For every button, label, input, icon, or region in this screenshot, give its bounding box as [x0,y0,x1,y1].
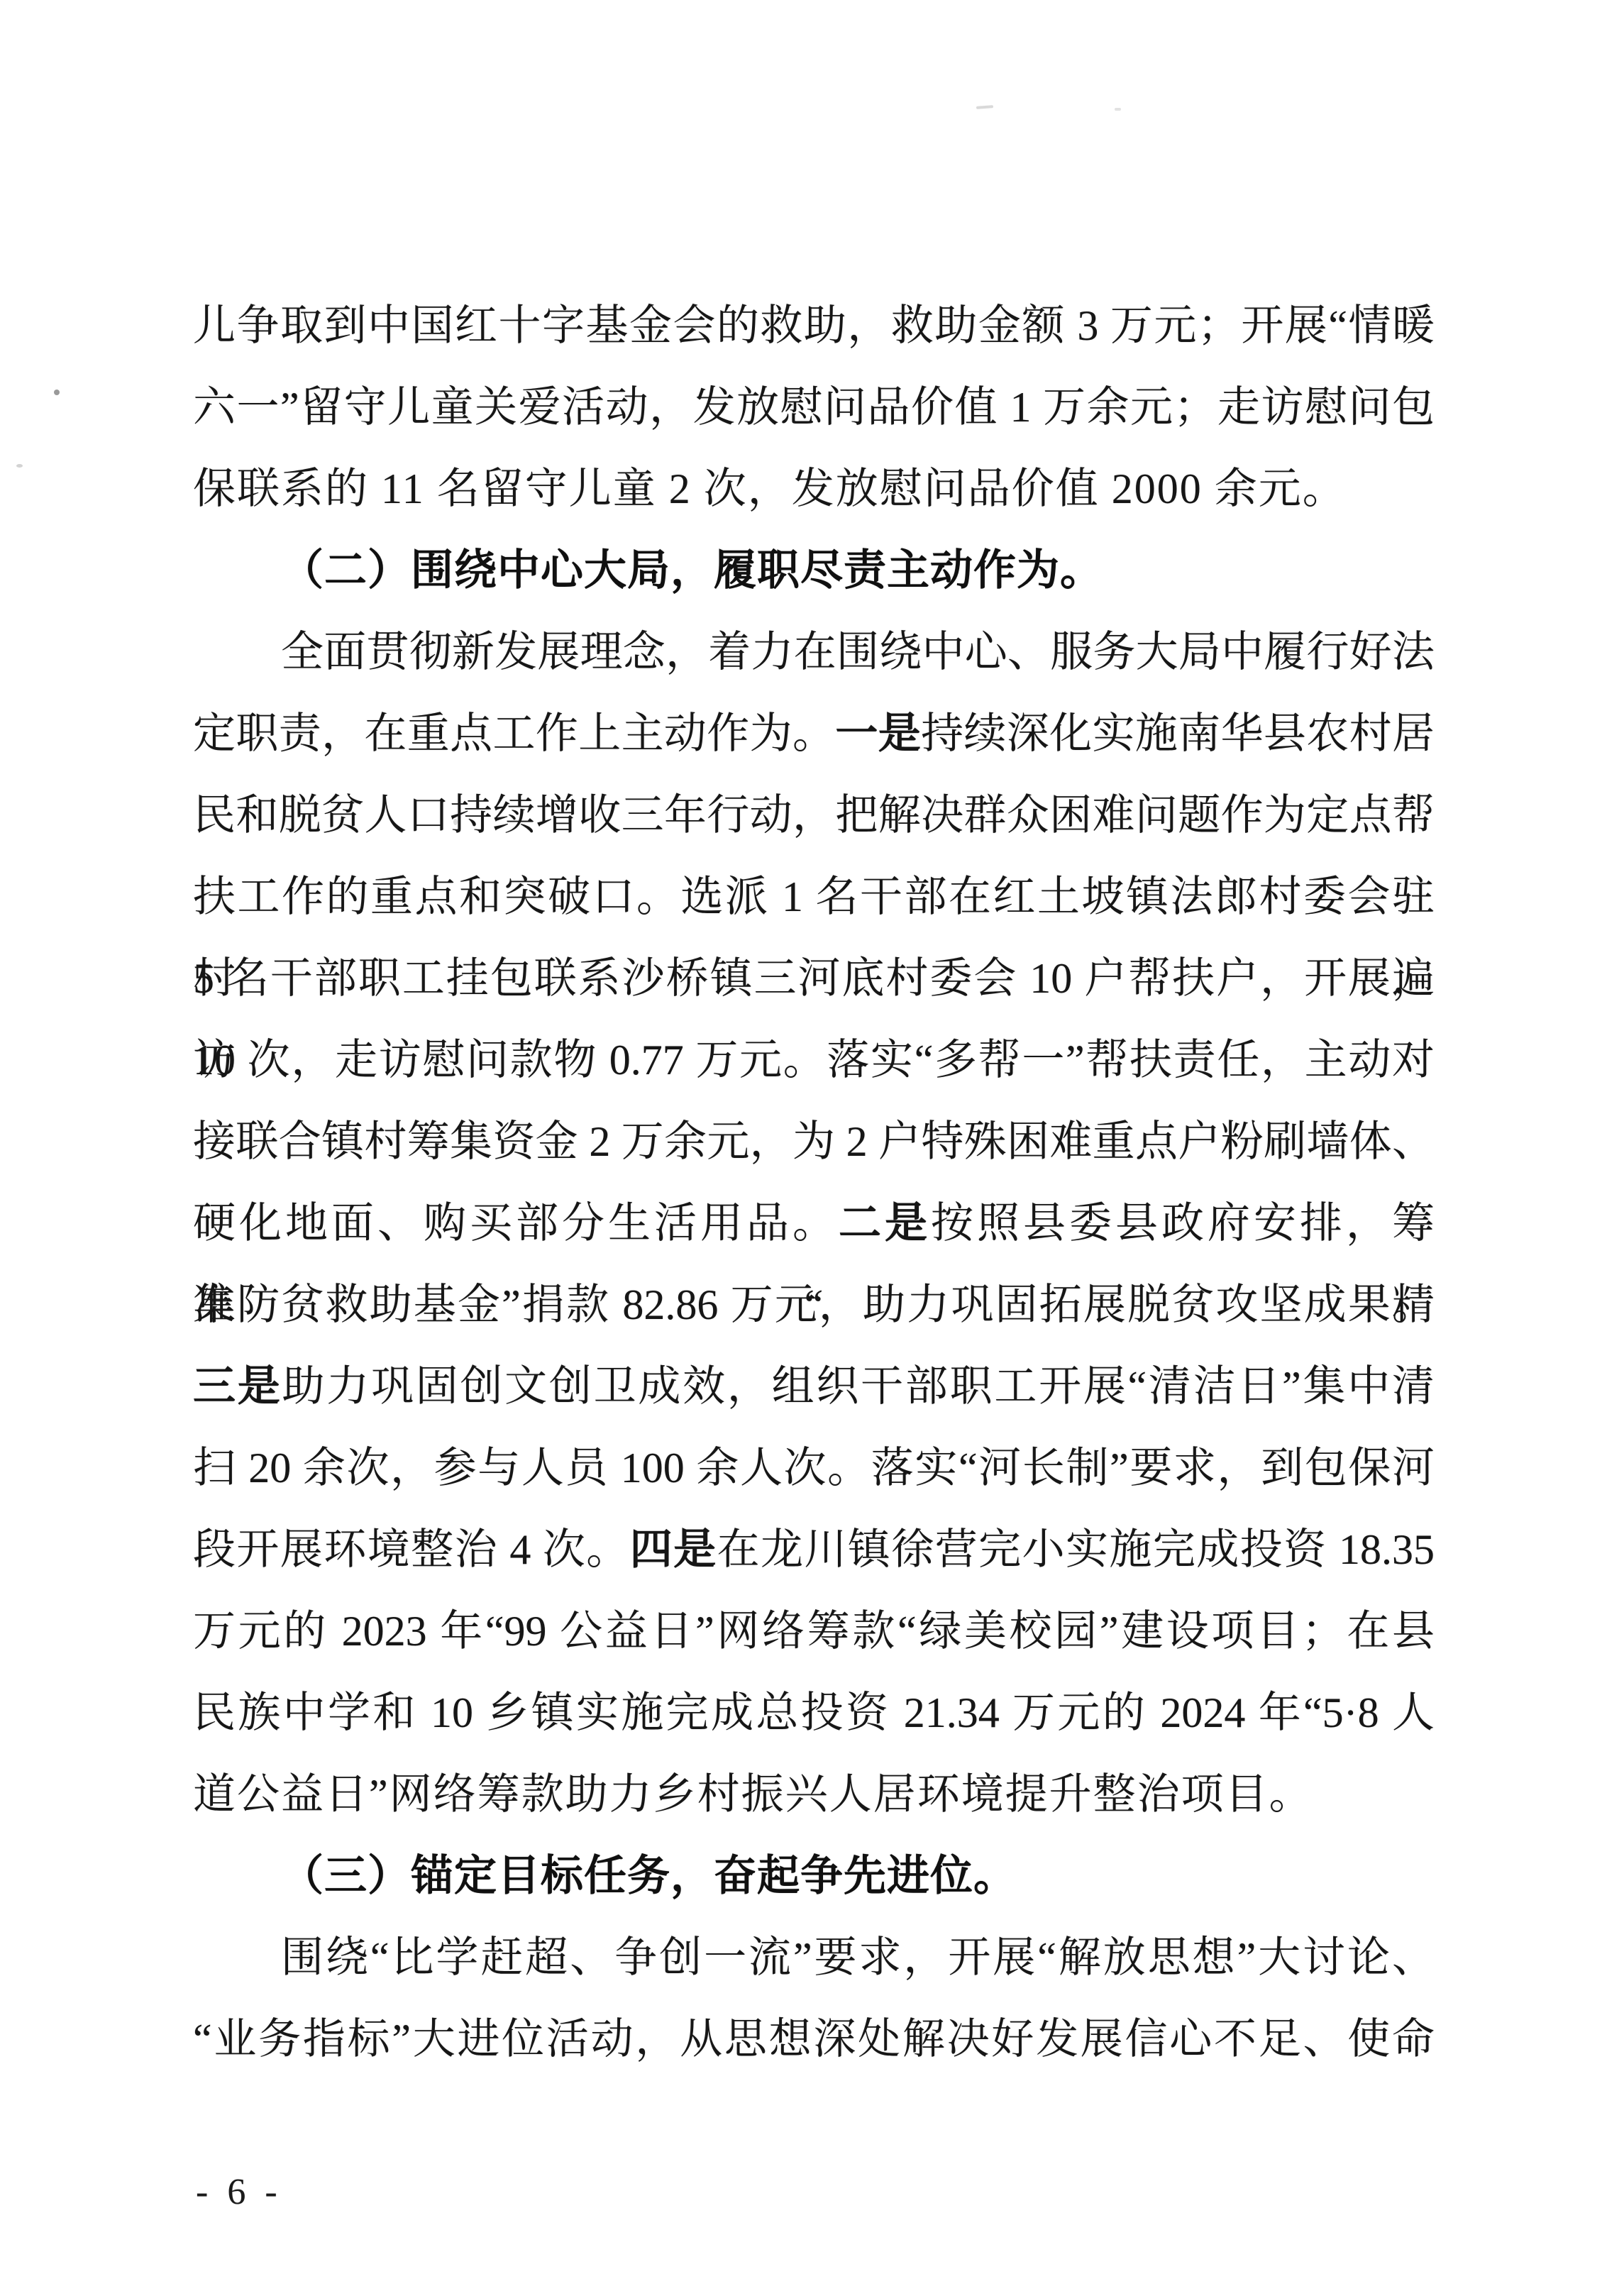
text-run: 全面贯彻新发展理念，着力在围绕中心、服务大局中履行好法 [281,629,1435,675]
section-heading-3: （三）锚定目标任务，奋起争先进位。 [193,1836,1435,1917]
text-run: 民和脱贫人口持续增收三年行动，把解决群众困难问题作为定点帮 [193,792,1435,839]
heading-text: （二）围绕中心大局，履职尽责主动作为。 [281,547,1103,594]
text-run: 保联系的 11 名留守儿童 2 次，发放慰问品价值 2000 余元。 [193,465,1347,512]
bold-marker-yi-shi: 一是 [835,710,921,757]
body-line-02: 六一”留守儿童关爱活动，发放慰问品价值 1 万余元；走访慰问包 [193,367,1435,448]
document-text-block: 儿争取到中国红十字基金会的救助，救助金额 3 万元；开展“情暖 六一”留守儿童关… [193,285,1435,2080]
page-number: - 6 - [196,2174,282,2211]
section-heading-2: （二）围绕中心大局，履职尽责主动作为。 [193,530,1435,612]
body-line-22: “业务指标”大进位活动，从思想深处解决好发展信心不足、使命 [193,1999,1435,2080]
text-run: 助力巩固创文创卫成效，组织干部职工开展“清洁日”集中清 [282,1363,1435,1410]
scan-artifact [16,464,23,468]
text-run: 道公益日”网络筹款助力乡村振兴人居环境提升整治项目。 [193,1771,1313,1818]
body-line-08: 扶工作的重点和突破口。选派 1 名干部在红土坡镇法郎村委会驻村， [193,856,1435,938]
body-line-14: 三是助力巩固创文创卫成效，组织干部职工开展“清洁日”集中清 [193,1346,1435,1428]
scan-artifact [54,390,60,395]
text-run: “业务指标”大进位活动，从思想深处解决好发展信心不足、使命 [193,2016,1435,2063]
body-line-06: 定职责，在重点工作上主动作为。一是持续深化实施南华县农村居 [193,693,1435,775]
text-run: 定职责，在重点工作上主动作为。 [193,710,835,757]
document-page: 儿争取到中国红十字基金会的救助，救助金额 3 万元；开展“情暖 六一”留守儿童关… [0,0,1624,2296]
body-line-18: 民族中学和 10 乡镇实施完成总投资 21.34 万元的 2024 年“5·8 … [193,1672,1435,1754]
body-line-15: 扫 20 余次，参与人员 100 余人次。落实“河长制”要求，到包保河 [193,1428,1435,1509]
body-line-09: 5 名干部职工挂包联系沙桥镇三河底村委会 10 户帮扶户，开展遍访 [193,938,1435,1020]
bold-marker-san-shi: 三是 [193,1363,282,1410]
text-run: 六一”留守儿童关爱活动，发放慰问品价值 1 万余元；走访慰问包 [193,384,1435,431]
bold-marker-er-shi: 二是 [839,1200,931,1247]
body-line-19: 道公益日”网络筹款助力乡村振兴人居环境提升整治项目。 [193,1754,1435,1836]
body-line-07: 民和脱贫人口持续增收三年行动，把解决群众困难问题作为定点帮 [193,775,1435,856]
text-run: 硬化地面、购买部分生活用品。 [193,1200,839,1247]
heading-text: （三）锚定目标任务，奋起争先进位。 [281,1853,1017,1899]
text-run: 接联合镇村筹集资金 2 万余元，为 2 户特殊困难重点户粉刷墙体、 [193,1118,1435,1165]
text-run: 万元的 2023 年“99 公益日”网络筹款“绿美校园”建设项目；在县 [193,1608,1435,1655]
body-line-21: 围绕“比学赶超、争创一流”要求，开展“解放思想”大讨论、 [193,1917,1435,1999]
body-line-10: 10 次，走访慰问款物 0.77 万元。落实“多帮一”帮扶责任，主动对 [193,1020,1435,1101]
text-run: 儿争取到中国红十字基金会的救助，救助金额 3 万元；开展“情暖 [193,302,1435,349]
body-line-05: 全面贯彻新发展理念，着力在围绕中心、服务大局中履行好法 [193,612,1435,693]
text-run: 民族中学和 10 乡镇实施完成总投资 21.34 万元的 2024 年“5·8 … [193,1689,1435,1736]
text-run: 扫 20 余次，参与人员 100 余人次。落实“河长制”要求，到包保河 [193,1445,1435,1491]
text-run: 段开展环境整治 4 次。 [193,1526,630,1573]
body-line-13: 准防贫救助基金”捐款 82.86 万元，助力巩固拓展脱贫攻坚成果。 [193,1264,1435,1346]
body-line-11: 接联合镇村筹集资金 2 万余元，为 2 户特殊困难重点户粉刷墙体、 [193,1101,1435,1183]
body-line-16: 段开展环境整治 4 次。四是在龙川镇徐营完小实施完成投资 18.35 [193,1509,1435,1591]
body-line-12: 硬化地面、购买部分生活用品。二是按照县委县政府安排，筹集“精 [193,1183,1435,1264]
text-run: 围绕“比学赶超、争创一流”要求，开展“解放思想”大讨论、 [281,1934,1435,1981]
text-run: 在龙川镇徐营完小实施完成投资 18.35 [717,1526,1435,1573]
body-line-03: 保联系的 11 名留守儿童 2 次，发放慰问品价值 2000 余元。 [193,448,1435,530]
bold-marker-si-shi: 四是 [630,1526,717,1573]
scan-artifact [976,105,993,109]
text-run: 持续深化实施南华县农村居 [921,710,1435,757]
body-line-01: 儿争取到中国红十字基金会的救助，救助金额 3 万元；开展“情暖 [193,285,1435,367]
body-line-17: 万元的 2023 年“99 公益日”网络筹款“绿美校园”建设项目；在县 [193,1591,1435,1672]
scan-artifact [1115,108,1121,111]
text-run: 准防贫救助基金”捐款 82.86 万元，助力巩固拓展脱贫攻坚成果。 [193,1281,1435,1328]
text-run: 10 次，走访慰问款物 0.77 万元。落实“多帮一”帮扶责任，主动对 [193,1037,1435,1083]
